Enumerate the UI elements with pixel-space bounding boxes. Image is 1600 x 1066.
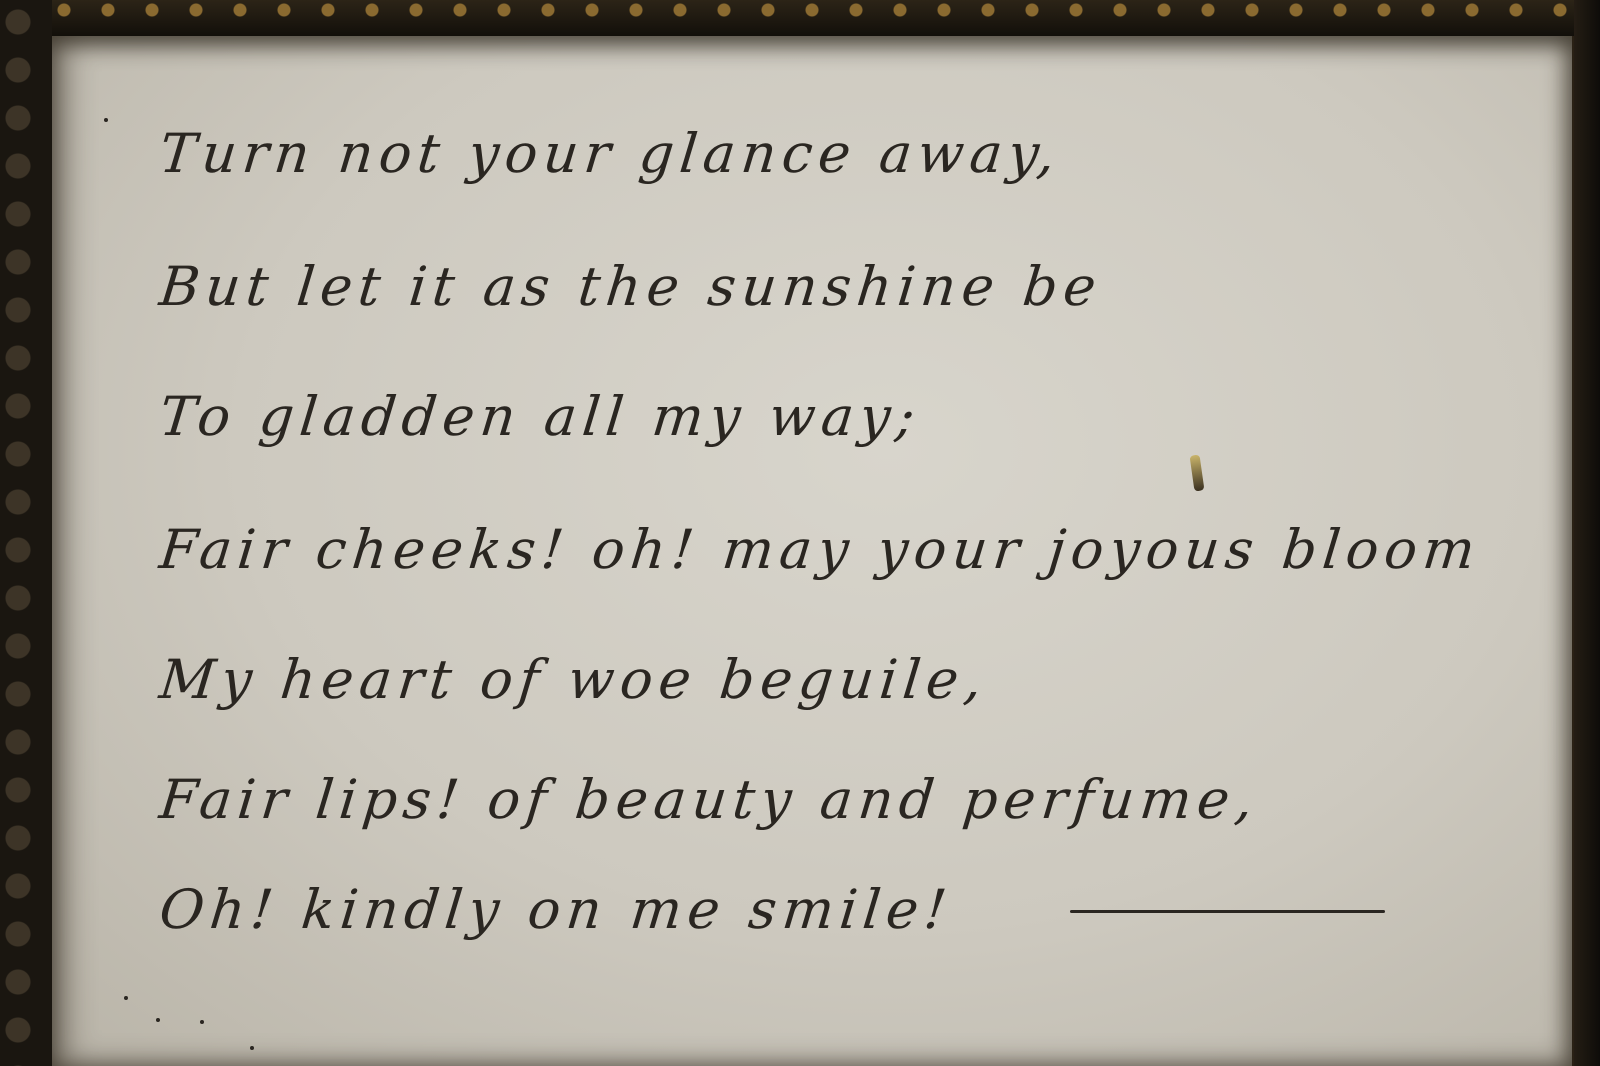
- poem-line-3: To gladden all my way;: [157, 385, 924, 448]
- frame-top-molding: [0, 0, 1600, 36]
- ink-dot: [124, 996, 128, 1000]
- frame-right-molding: [1574, 0, 1600, 1066]
- ink-dot: [104, 118, 108, 122]
- ink-dot: [250, 1046, 254, 1050]
- poem-line-1: Turn not your glance away,: [157, 122, 1064, 185]
- poem-line-6: Fair lips! of beauty and perfume,: [157, 768, 1262, 831]
- poem-line-4: Fair cheeks! oh! may your joyous bloom: [157, 518, 1484, 581]
- ink-dot: [156, 1018, 160, 1022]
- ink-dot: [200, 1020, 204, 1024]
- poem-line-2: But let it as the sunshine be: [157, 255, 1105, 318]
- frame-left-molding: [0, 0, 52, 1066]
- poem-line-7: Oh! kindly on me smile!: [157, 878, 956, 941]
- closing-rule: [1070, 910, 1385, 913]
- poem-line-5: My heart of woe beguile,: [157, 648, 991, 711]
